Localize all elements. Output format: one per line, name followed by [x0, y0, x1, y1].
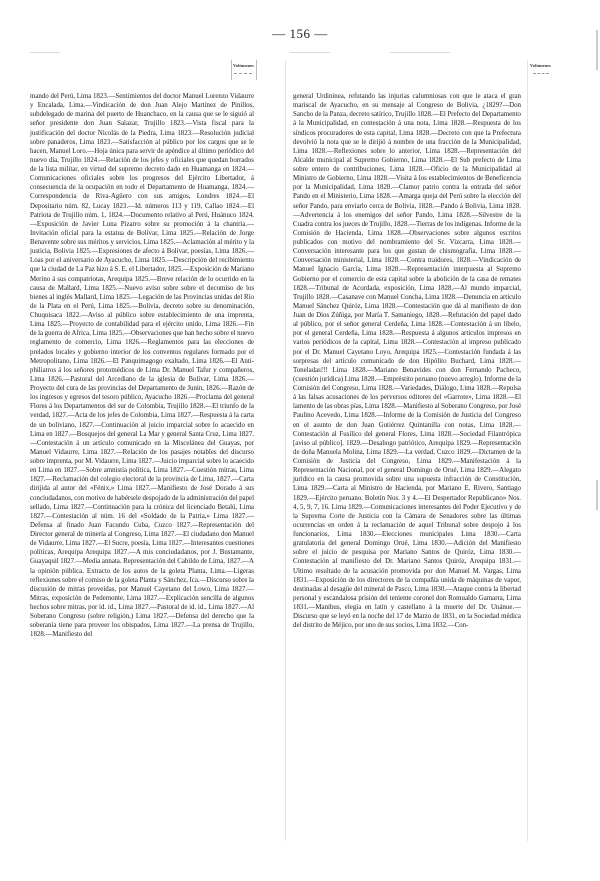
- top-rule-left: [30, 52, 60, 53]
- right-column: general Urdininea, refutando las injuria…: [293, 92, 521, 630]
- right-column-text: general Urdininea, refutando las injuria…: [293, 92, 521, 630]
- left-margin-label: Volúmenes: [233, 63, 254, 68]
- page-number: — 156 —: [0, 26, 600, 42]
- left-column-text: mando del Perú, Lima 1823.—Sentimientos …: [30, 92, 254, 640]
- top-rule-mid: [290, 52, 330, 53]
- right-margin-label: Volúmenes: [530, 63, 551, 68]
- scan-edge-mark: [596, 480, 598, 510]
- left-margin-dash: [234, 73, 252, 75]
- right-margin-divider: [527, 60, 528, 841]
- right-margin-dash: [533, 73, 549, 75]
- scan-edge-mark: [596, 30, 598, 70]
- left-column: mando del Perú, Lima 1823.—Sentimientos …: [30, 92, 254, 640]
- top-rule-right: [390, 52, 450, 53]
- column-divider: [285, 60, 286, 841]
